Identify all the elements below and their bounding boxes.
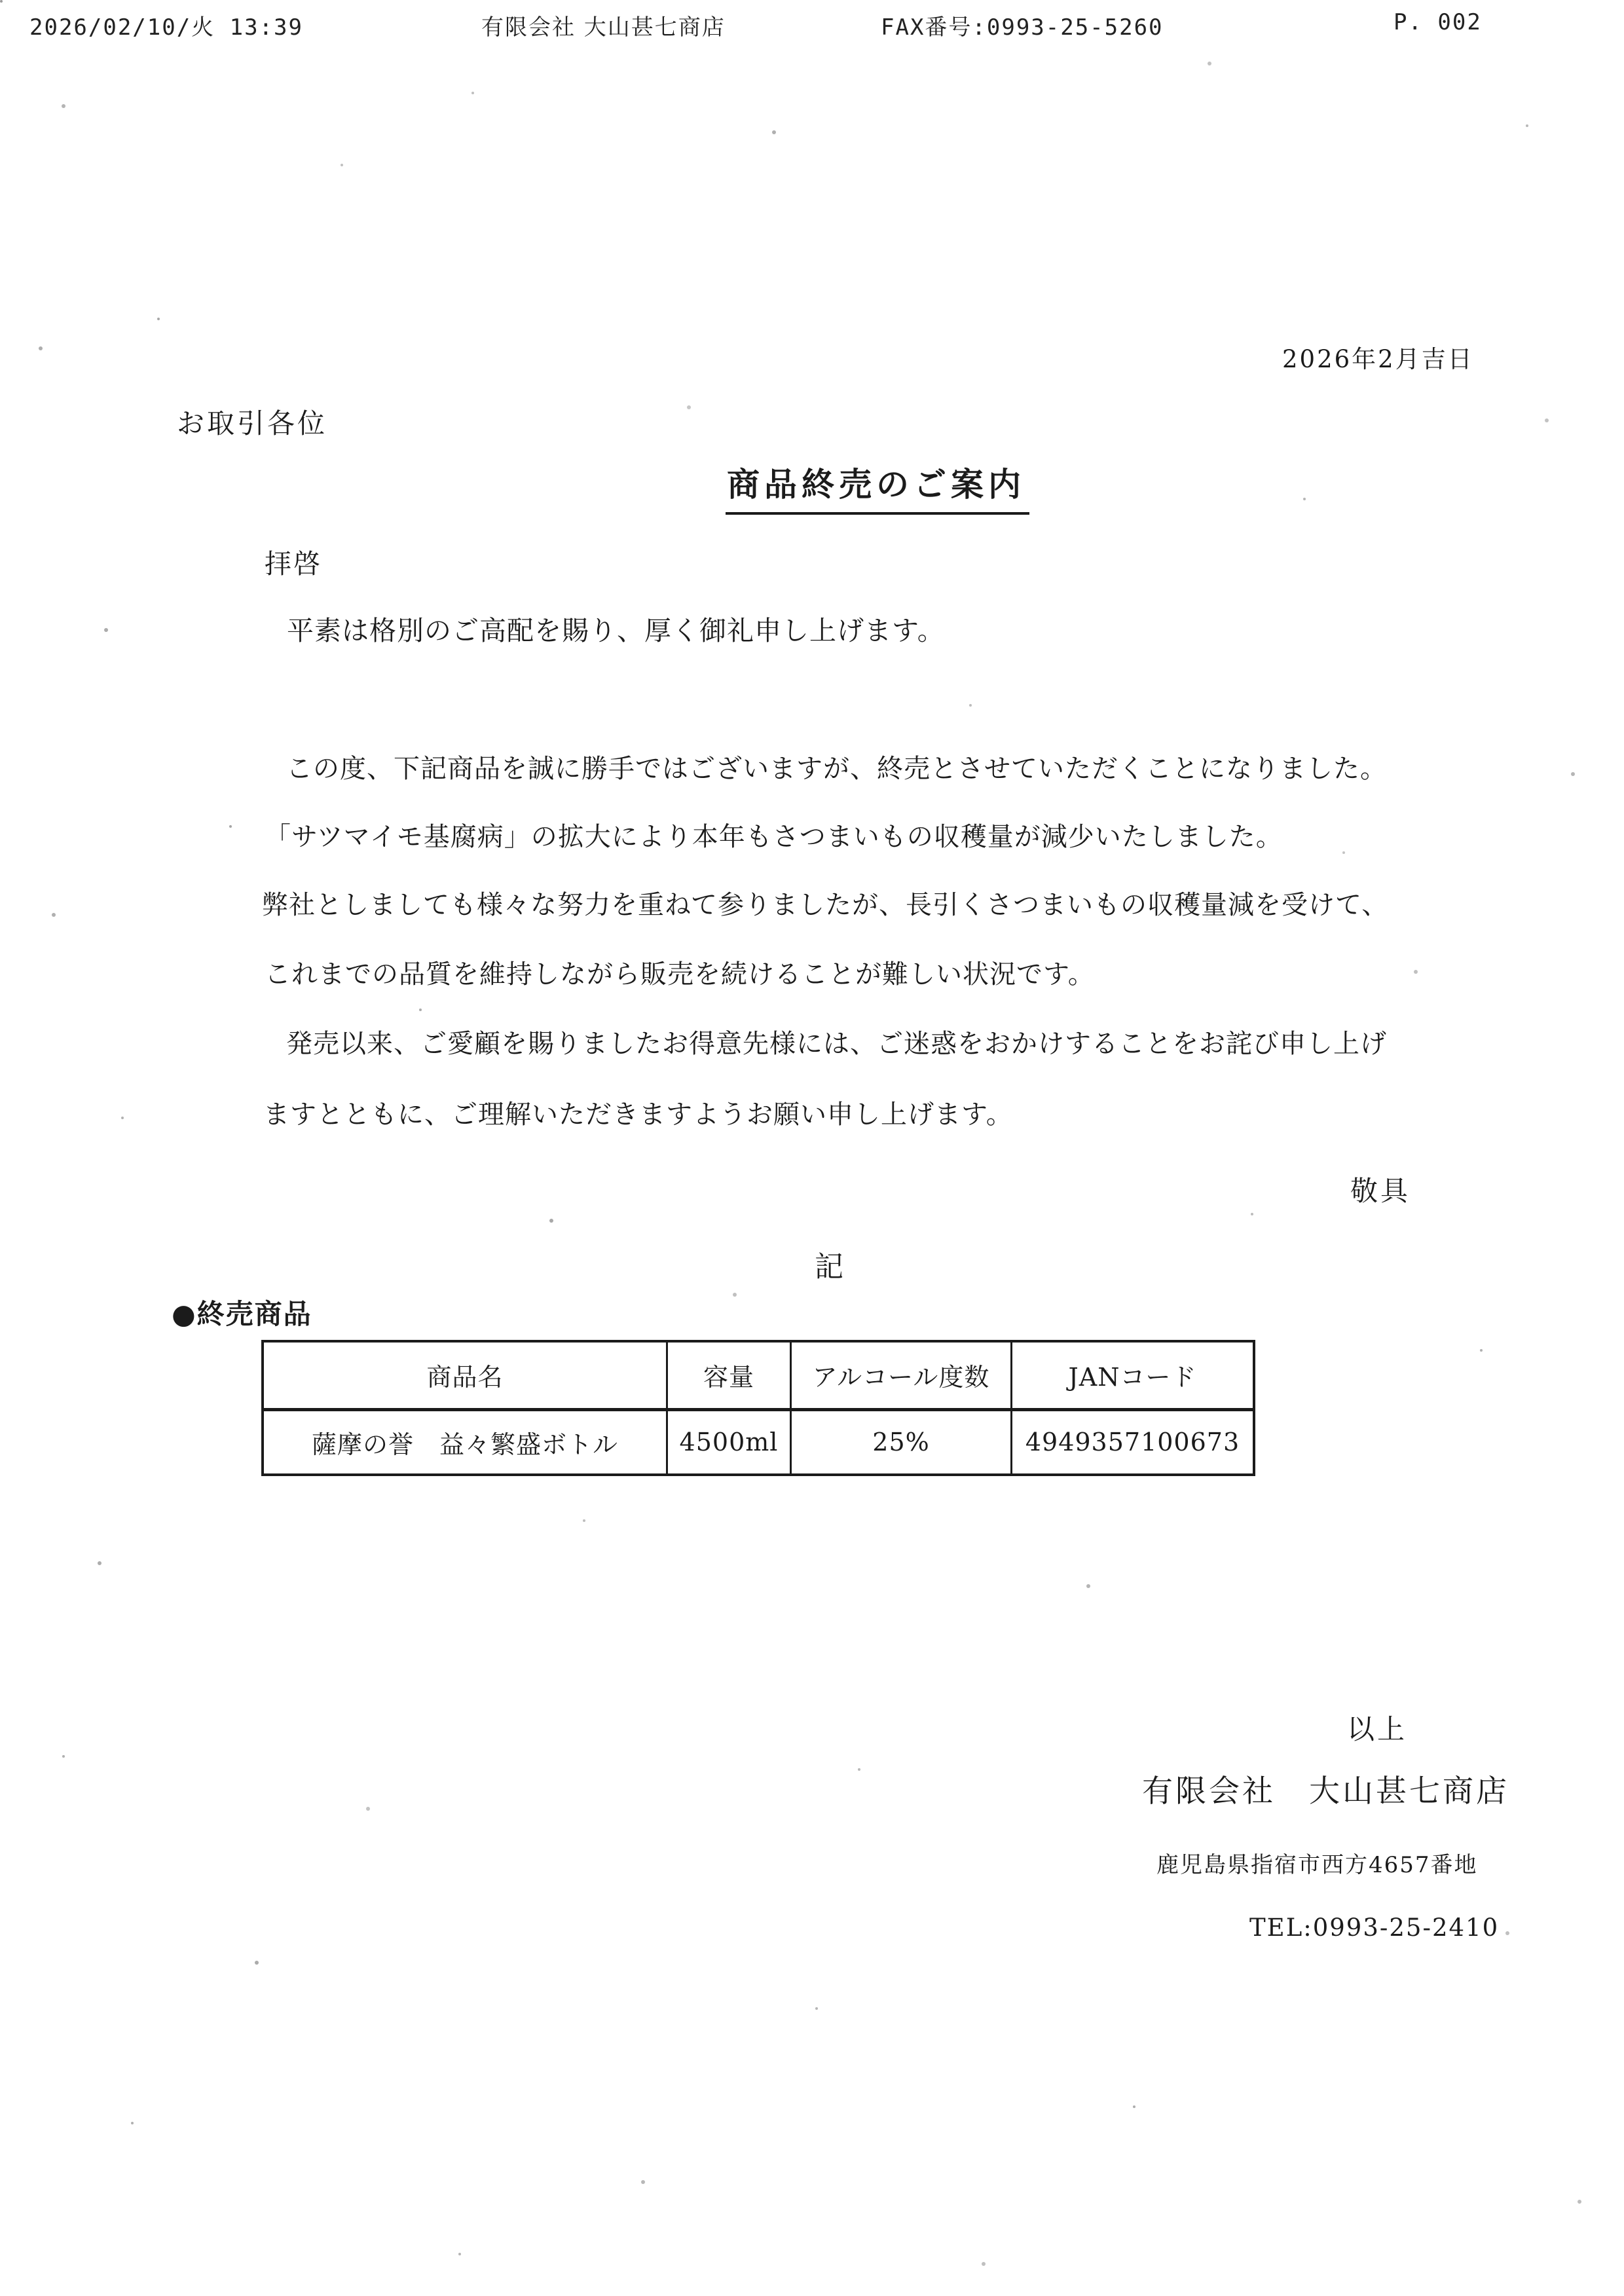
letter-body-line: ますとともに、ご理解いただきますようお願い申し上げます。 [263,1094,1013,1131]
fax-header-datetime: 2026/02/10/火 13:39 [29,9,303,41]
table-cell-jan-code: 4949357100673 [1012,1409,1255,1475]
table-header-volume: 容量 [667,1341,791,1409]
letter-body-line: この度、下記商品を誠に勝手ではございますが、終売とさせていただくことになりました… [286,748,1387,785]
sender-telephone: TEL:0993-25-2410 [1249,1914,1499,1942]
letter-body-line: これまでの品質を維持しながら販売を続けることが難しい状況です。 [265,954,1095,991]
letter-addressee: お取引各位 [177,402,327,441]
letter-closing-keigu: 敬具 [1350,1170,1411,1209]
fax-header-page-number: P. 002 [1393,9,1482,35]
table-cell-volume: 4500ml [667,1409,791,1475]
sender-company-name: 有限会社 大山甚七商店 [1142,1767,1509,1811]
table-cell-alcohol-percentage: 25% [791,1409,1012,1475]
letter-body-line: 発売以来、ご愛顧を賜りましたお得意先様には、ご迷惑をおかけすることをお詫び申し上… [286,1023,1387,1060]
letter-title: 商品終売のご案内 [726,458,1029,515]
sender-address: 鹿児島県指宿市西方4657番地 [1156,1847,1478,1879]
fax-header-sender: 有限会社 大山甚七商店 [481,9,726,41]
letter-greeting-line: 平素は格別のご高配を賜り、厚く御礼申し上げます。 [287,609,945,648]
letter-body-line: 弊社としましても様々な努力を重ねて参りましたが、長引くさつまいもの収穫量減を受け… [262,884,1388,921]
discontinued-products-label: ●終売商品 [172,1293,312,1332]
table-header-product-name: 商品名 [263,1341,667,1409]
discontinued-products-table: 商品名 容量 アルコール度数 JANコード 薩摩の誉 益々繁盛ボトル 4500m… [261,1340,1255,1476]
end-marker-ijou: 以上 [1347,1708,1407,1747]
letter-salutation: 拝啓 [265,542,322,581]
fax-document-page: 2026/02/10/火 13:39 有限会社 大山甚七商店 FAX番号:099… [0,0,1624,2296]
letter-body-line: 「サツマイモ基腐病」の拡大により本年もさつまいもの収穫量が減少いたしました。 [265,816,1283,853]
record-marker-ki: 記 [815,1243,843,1285]
fax-header-fax-number: FAX番号:0993-25-5260 [881,9,1164,41]
table-header-row: 商品名 容量 アルコール度数 JANコード [263,1341,1254,1409]
table-header-alcohol-percentage: アルコール度数 [791,1341,1012,1409]
letter-date: 2026年2月吉日 [1282,339,1474,375]
table-header-jan-code: JANコード [1012,1341,1255,1409]
table-row: 薩摩の誉 益々繁盛ボトル 4500ml 25% 4949357100673 [263,1409,1254,1475]
table-cell-product-name: 薩摩の誉 益々繁盛ボトル [263,1409,667,1475]
